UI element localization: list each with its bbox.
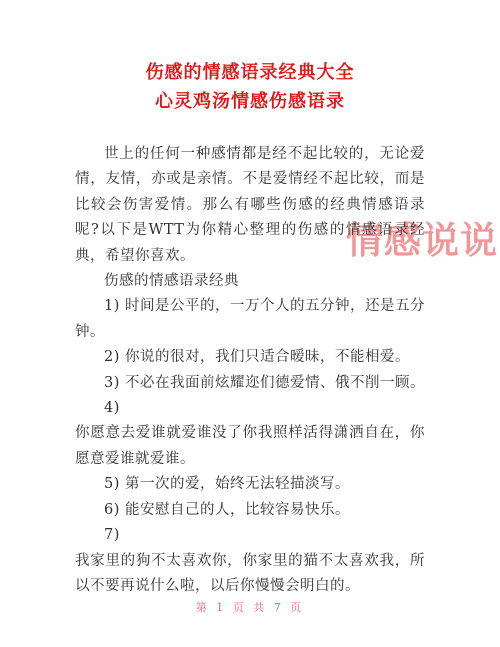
title-line-1: 伤感的情感语录经典大全 [0,59,500,88]
quote-item-5: 5) 第一次的爱，始终无法轻描淡写。 [75,472,425,497]
document-body: 世上的任何一种感情都是经不起比较的，无论爱情，友情，亦或是亲情。不是爱情经不起比… [75,142,425,599]
quote-item-3: 3) 不必在我面前炫耀迩们德爱情、俄不削一顾。 [75,371,425,396]
quote-item-7-number: 7) [75,523,425,548]
section-heading: 伤感的情感语录经典 [75,269,425,294]
quote-item-7-text: 我家里的狗不太喜欢你，你家里的猫不太喜欢我，所以不要再说什么啦，以后你慢慢会明白… [75,549,425,600]
page-number-footer: 第 1 页 共 7 页 [0,599,500,615]
quote-item-2: 2) 你说的很对，我们只适合暧昧，不能相爱。 [75,345,425,370]
intro-paragraph: 世上的任何一种感情都是经不起比较的，无论爱情，友情，亦或是亲情。不是爱情经不起比… [75,142,425,269]
quote-item-4-text: 你愿意去爱谁就爱谁没了你我照样活得潇洒自在，你愿意爱谁就爱谁。 [75,421,425,472]
quote-item-1: 1) 时间是公平的，一万个人的五分钟，还是五分钟。 [75,294,425,345]
quote-item-6: 6) 能安慰自己的人，比较容易快乐。 [75,498,425,523]
document-title: 伤感的情感语录经典大全 心灵鸡汤情感伤感语录 [0,0,500,116]
quote-item-4-number: 4) [75,396,425,421]
document-page: 伤感的情感语录经典大全 心灵鸡汤情感伤感语录 情感说说 世上的任何一种感情都是经… [0,0,500,647]
title-line-2: 心灵鸡汤情感伤感语录 [0,88,500,117]
